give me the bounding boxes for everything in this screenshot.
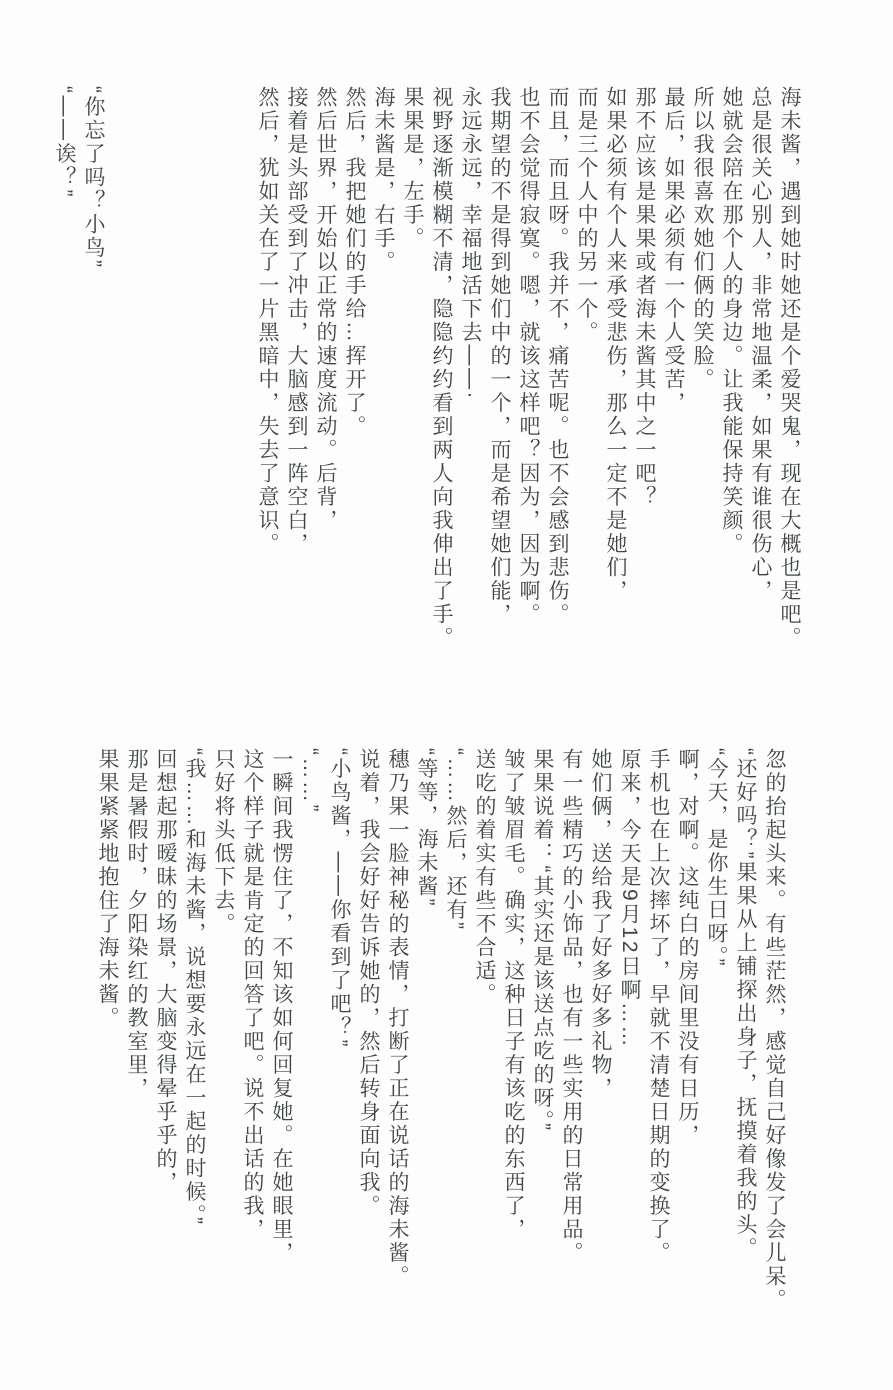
paragraph-gap xyxy=(137,86,166,666)
text-line: 回想起那暧昧的场景，大脑变得晕乎乎的， xyxy=(151,748,180,1328)
text-line: 那是暑假时，夕阳染红的教室里， xyxy=(122,748,151,1328)
text-line: 她就会陪在那个人的身边。让我能保持笑颜。 xyxy=(717,86,746,666)
text-line: “……” xyxy=(296,748,325,1328)
text-line: 这个样子就是肯定的回答了吧。说不出话的我， xyxy=(238,748,267,1328)
text-line: “今天，是你生日呀。” xyxy=(702,748,731,1328)
text-line: 果果说着：“其实还是该送点吃的呀。” xyxy=(528,748,557,1328)
text-line: 手机也在上次摔坏了，早就不清楚日期的变换了。 xyxy=(644,748,673,1328)
text-line: 她们俩，送给我了好多好多礼物， xyxy=(586,748,615,1328)
text-line: 如果必须有个人来承受悲伤，那么一定不是她们， xyxy=(601,86,630,666)
text-line: 最后，如果必须有一个人受苦， xyxy=(659,86,688,666)
text-line: “还好吗？”果果从上铺探出身子，抚摸着我的头。 xyxy=(731,748,760,1328)
text-line: 有一些精巧的小饰品，也有一些实用的日常用品。 xyxy=(557,748,586,1328)
text-line: 然后世界，开始以正常的速度流动。后背， xyxy=(311,86,340,666)
text-line: “……然后，还有” xyxy=(441,748,470,1328)
text-line: 也不会觉得寂寞。嗯，就该这样吧？因为，因为啊。 xyxy=(514,86,543,666)
text-line: 海未酱是，右手。 xyxy=(369,86,398,666)
text-line: 而且，而且呀。我并不，痛苦呢。也不会感到悲伤。 xyxy=(543,86,572,666)
text-line: 送吃的着实有些不合适。 xyxy=(470,748,499,1328)
text-line: “你忘了吗？小鸟” xyxy=(79,86,108,666)
text-line: 啊，对啊。这纯白的房间里没有日历， xyxy=(673,748,702,1328)
text-line: 只好将头低下去。 xyxy=(209,748,238,1328)
text-line: 果果紧紧地抱住了海未酱。 xyxy=(93,748,122,1328)
lower-text-block: 忽的抬起头来。有些茫然，感觉自己好像发了会儿呆。 “还好吗？”果果从上铺探出身子… xyxy=(93,748,789,1328)
text-line: 然后，犹如关在了一片黑暗中，失去了意识。 xyxy=(253,86,282,666)
text-line: 永远永远，幸福地活下去——· xyxy=(456,86,485,666)
text-line: 忽的抬起头来。有些茫然，感觉自己好像发了会儿呆。 xyxy=(760,748,789,1328)
text-line: “——诶？” xyxy=(50,86,79,666)
text-line: 果果是，左手。 xyxy=(398,86,427,666)
text-line: 那不应该是果果或者海未酱其中之一吧？ xyxy=(630,86,659,666)
paragraph-gap xyxy=(224,86,253,666)
text-line: 海未酱，遇到她时她还是个爱哭鬼，现在大概也是吧。 xyxy=(775,86,804,666)
text-line: 皱了皱眉毛。确实，这种日子有该吃的东西了， xyxy=(499,748,528,1328)
upper-text-block: 海未酱，遇到她时她还是个爱哭鬼，现在大概也是吧。 总是很关心别人，非常地温柔，如… xyxy=(50,86,804,666)
text-line: 接着是头部受到了冲击，大脑感到一阵空白， xyxy=(282,86,311,666)
paragraph-gap xyxy=(195,86,224,666)
text-line: 原来，今天是9月12日啊…… xyxy=(615,748,644,1328)
reader-page: 海未酱，遇到她时她还是个爱哭鬼，现在大概也是吧。 总是很关心别人，非常地温柔，如… xyxy=(0,0,893,1390)
paragraph-gap xyxy=(108,86,137,666)
text-line: “我……和海未酱，说想要永远在一起的时候。” xyxy=(180,748,209,1328)
text-line: “等等，海未酱” xyxy=(412,748,441,1328)
text-line: 总是很关心别人，非常地温柔，如果有谁很伤心， xyxy=(746,86,775,666)
text-line: 说着，我会好好告诉她的，然后转身面向我。 xyxy=(354,748,383,1328)
paragraph-gap xyxy=(166,86,195,666)
text-line: 一瞬间我愣住了，不知该如何回复她。在她眼里， xyxy=(267,748,296,1328)
text-line: “小鸟酱，——你看到了吧？” xyxy=(325,748,354,1328)
text-line: 所以我很喜欢她们俩的笑脸。 xyxy=(688,86,717,666)
text-line: 我期望的不是得到她们中的一个，而是希望她们能， xyxy=(485,86,514,666)
text-line: 然后，我把她们的手给…挥开了。 xyxy=(340,86,369,666)
text-line: 而是三个人中的另一个。 xyxy=(572,86,601,666)
text-line: 穗乃果一脸神秘的表情，打断了正在说话的海未酱。 xyxy=(383,748,412,1328)
text-line: 视野逐渐模糊不清，隐隐约约看到两人向我伸出了手。 xyxy=(427,86,456,666)
